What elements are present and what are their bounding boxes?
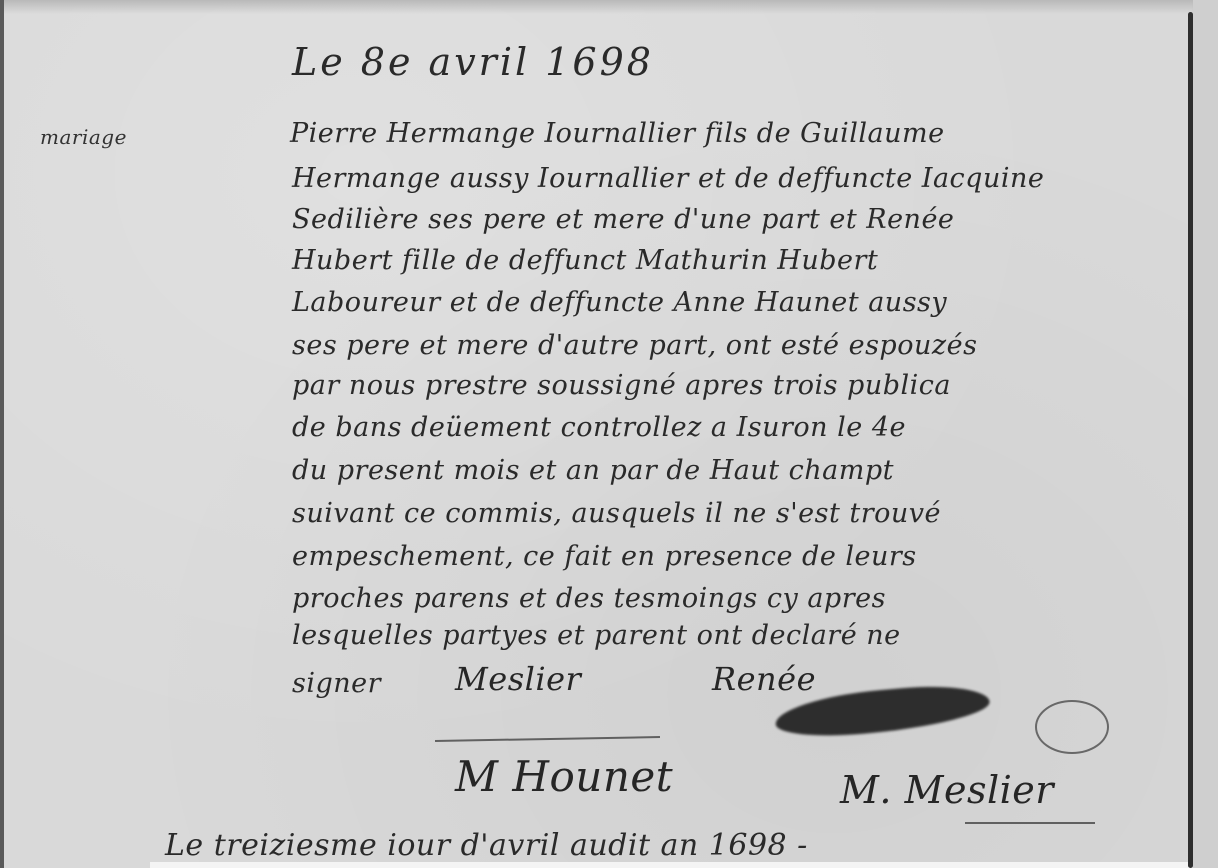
- signature-flourish-underline: [965, 822, 1095, 824]
- entry-date-heading: Le 8e avril 1698: [292, 40, 654, 84]
- register-page: mariage Le 8e avril 1698 Pierre Hermange…: [0, 0, 1192, 868]
- text-line-9: du present mois et an par de Haut champt: [292, 455, 894, 486]
- text-line-7: par nous prestre soussigné apres trois p…: [292, 370, 951, 401]
- page-left-edge: [0, 0, 4, 868]
- text-line-6: ses pere et mere d'autre part, ont esté …: [292, 330, 977, 361]
- adjacent-page-edge: [1193, 0, 1218, 868]
- text-line-5: Laboureur et de deffuncte Anne Haunet au…: [292, 287, 947, 318]
- signature-underline: [435, 736, 660, 742]
- signature-meslier-1: Meslier: [455, 660, 581, 698]
- text-line-10: suivant ce commis, ausquels il ne s'est …: [292, 498, 941, 529]
- margin-note: mariage: [40, 125, 127, 149]
- signature-flourish: [1035, 700, 1109, 754]
- scanned-document: mariage Le 8e avril 1698 Pierre Hermange…: [0, 0, 1218, 868]
- signature-hounet: M Hounet: [455, 752, 673, 801]
- text-line-1: Pierre Hermange Iournallier fils de Guil…: [290, 118, 945, 149]
- page-top-shadow: [0, 0, 1218, 14]
- text-line-3: Sedilière ses pere et mere d'une part et…: [292, 204, 954, 235]
- text-line-11: empeschement, ce fait en presence de leu…: [292, 541, 917, 572]
- next-entry-line: Le treiziesme iour d'avril audit an 1698…: [165, 828, 808, 863]
- text-line-4: Hubert fille de deffunct Mathurin Hubert: [292, 245, 878, 276]
- signature-meslier-2: M. Meslier: [840, 768, 1054, 812]
- text-line-2: Hermange aussy Iournallier et de deffunc…: [292, 163, 1044, 194]
- text-line-13: lesquelles partyes et parent ont declaré…: [292, 620, 901, 651]
- scan-bottom-edge: [150, 862, 1190, 868]
- text-line-8: de bans deüement controllez a Isuron le …: [292, 412, 906, 443]
- text-line-12: proches parens et des tesmoings cy apres: [292, 583, 886, 614]
- signature-renee: Renée: [712, 660, 816, 698]
- text-line-14: signer: [292, 668, 381, 699]
